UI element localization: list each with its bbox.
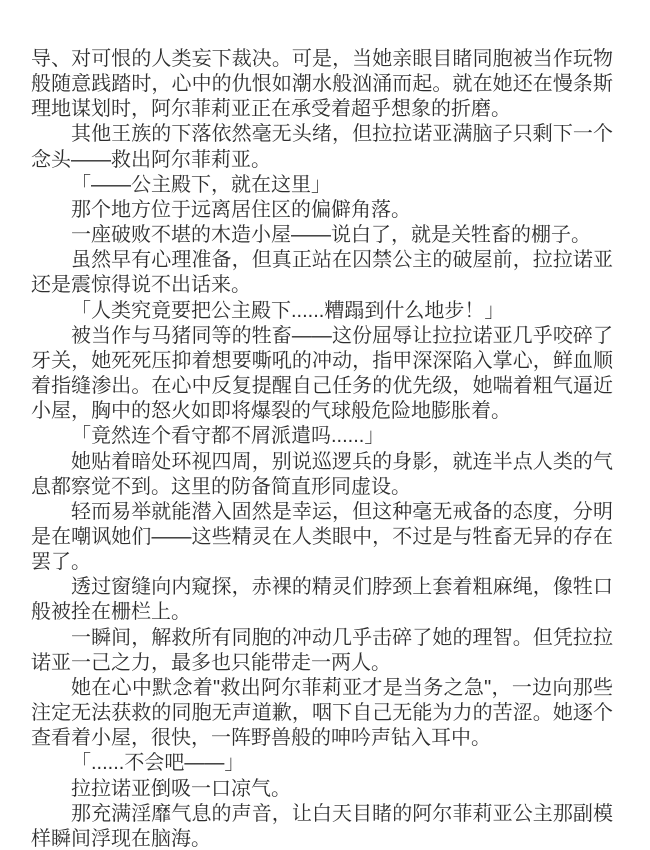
paragraph: 她贴着暗处环视四周，别说巡逻兵的身影，就连半点人类的气息都察觉不到。这里的防备简…: [31, 450, 613, 500]
paragraph: 那充满淫靡气息的声音，让白天目睹的阿尔菲莉亚公主那副模样瞬间浮现在脑海。: [31, 802, 613, 850]
reader-page[interactable]: 导、对可恨的人类妄下裁决。可是，当她亲眼目睹同胞被当作玩物般随意践踏时，心中的仇…: [0, 0, 650, 850]
page-text: 导、对可恨的人类妄下裁决。可是，当她亲眼目睹同胞被当作玩物般随意践踏时，心中的仇…: [31, 47, 613, 850]
paragraph: 轻而易举就能潜入固然是幸运，但这种毫无戒备的态度，分明是在嘲讽她们——这些精灵在…: [31, 500, 613, 575]
paragraph: 一座破败不堪的木造小屋——说白了，就是关牲畜的棚子。: [31, 223, 613, 248]
paragraph: 那个地方位于远离居住区的偏僻角落。: [31, 198, 613, 223]
paragraph: 「——公主殿下，就在这里」: [31, 173, 613, 198]
paragraph: 一瞬间，解救所有同胞的冲动几乎击碎了她的理智。但凭拉拉诺亚一己之力，最多也只能带…: [31, 626, 613, 676]
paragraph: 「竟然连个看守都不屑派遣吗......」: [31, 424, 613, 449]
paragraph: 「......不会吧——」: [31, 751, 613, 776]
paragraph: 其他王族的下落依然毫无头绪，但拉拉诺亚满脑子只剩下一个念头——救出阿尔菲莉亚。: [31, 122, 613, 172]
paragraph: 虽然早有心理准备，但真正站在囚禁公主的破屋前，拉拉诺亚还是震惊得说不出话来。: [31, 248, 613, 298]
paragraph: 导、对可恨的人类妄下裁决。可是，当她亲眼目睹同胞被当作玩物般随意践踏时，心中的仇…: [31, 47, 613, 122]
paragraph: 被当作与马猪同等的牲畜——这份屈辱让拉拉诺亚几乎咬碎了牙关，她死死压抑着想要嘶吼…: [31, 324, 613, 425]
paragraph: 透过窗缝向内窥探，赤裸的精灵们脖颈上套着粗麻绳，像牲口般被拴在栅栏上。: [31, 575, 613, 625]
paragraph: 「人类究竟要把公主殿下......糟蹋到什么地步！」: [31, 299, 613, 324]
paragraph: 她在心中默念着"救出阿尔菲莉亚才是当务之急"，一边向那些注定无法获救的同胞无声道…: [31, 676, 613, 751]
paragraph: 拉拉诺亚倒吸一口凉气。: [31, 777, 613, 802]
